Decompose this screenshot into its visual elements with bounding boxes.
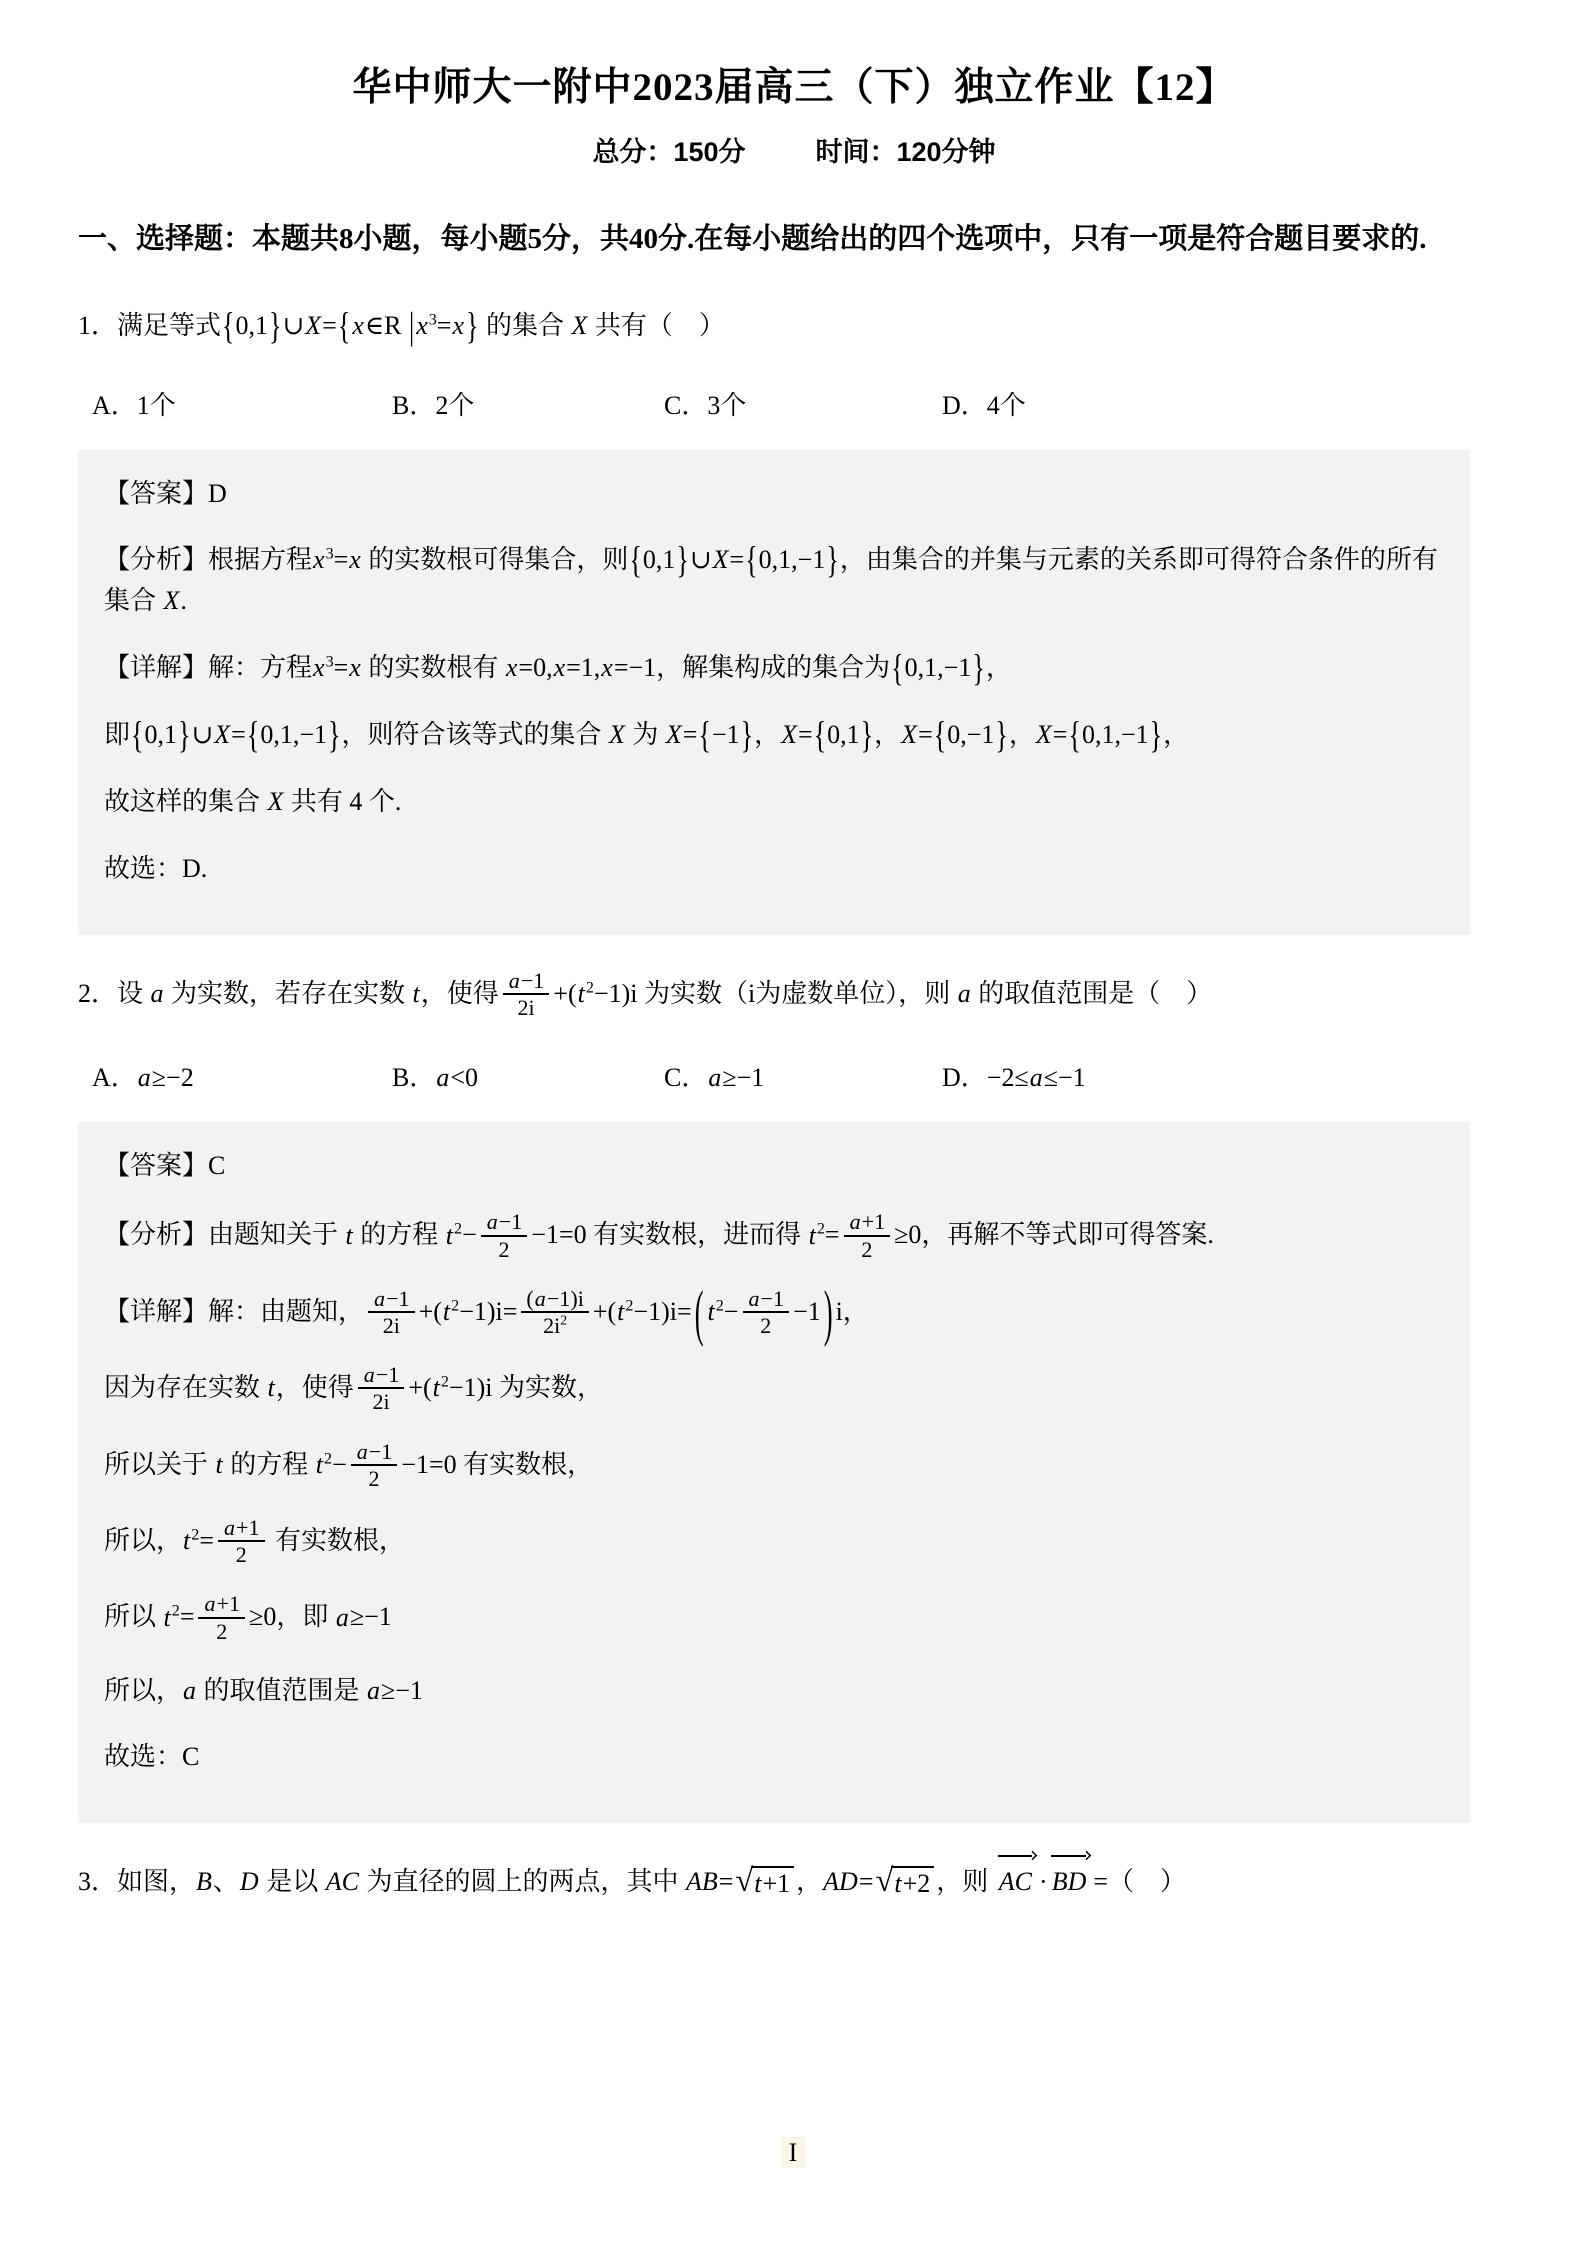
exam-meta: 总分：150分时间：120分钟 <box>78 130 1510 169</box>
question-2-option-c: C．a≥−1 <box>664 1057 942 1094</box>
page-title: 华中师大一附中2023届高三（下）独立作业【12】 <box>78 56 1510 112</box>
solution-line: 【详解】解：方程x3=x 的实数根有 x=0,x=1,x=−1，解集构成的集合为… <box>104 648 1444 689</box>
question-1: 1．满足等式{0,1}∪X={x∈R |x3=x} 的集合 X 共有（ ） A．… <box>78 304 1510 935</box>
conclusion-line: 故选：D. <box>104 849 1444 889</box>
question-1-option-b: B．2个 <box>392 385 664 422</box>
solution-line: 所以，t2=a+12 有实数根， <box>104 1518 1444 1568</box>
conclusion-line: 故选：C <box>104 1737 1444 1777</box>
question-1-stem: 1．满足等式{0,1}∪X={x∈R |x3=x} 的集合 X 共有（ ） <box>78 304 1510 349</box>
question-1-option-a: A．1个 <box>92 385 392 422</box>
analysis-line: 【分析】根据方程x3=x 的实数根可得集合，则{0,1}∪X={0,1,−1}，… <box>104 540 1444 622</box>
page-footer: I <box>0 2138 1586 2168</box>
solution-line: 所以关于 t 的方程 t2−a−12−1=0 有实数根， <box>104 1442 1444 1492</box>
question-2-stem: 2．设 a 为实数，若存在实数 t，使得a−12i+(t2−1)i 为实数（i为… <box>78 971 1510 1021</box>
solution-line: 【详解】解：由题知，a−12i+(t2−1)i=(a−1)i2i2+(t2−1)… <box>104 1289 1444 1339</box>
question-1-answer-block: 【答案】D 【分析】根据方程x3=x 的实数根可得集合，则{0,1}∪X={0,… <box>78 450 1470 935</box>
time-label: 时间：120分钟 <box>816 137 996 167</box>
solution-line: 故这样的集合 X 共有 4 个. <box>104 782 1444 822</box>
question-3-stem: 3．如图，B、D 是以 AC 为直径的圆上的两点，其中 AB=√t+1，AD=√… <box>78 1859 1510 1904</box>
question-2-option-b: B．a<0 <box>392 1057 664 1094</box>
question-1-option-c: C．3个 <box>664 385 942 422</box>
question-2-answer-block: 【答案】C 【分析】由题知关于 t 的方程 t2−a−12−1=0 有实数根，进… <box>78 1122 1470 1823</box>
page-number: I <box>781 2137 806 2168</box>
answer-line: 【答案】D <box>104 474 1444 514</box>
score-label: 总分：150分 <box>592 137 745 167</box>
solution-line: 所以，a 的取值范围是 a≥−1 <box>104 1671 1444 1711</box>
question-3: 3．如图，B、D 是以 AC 为直径的圆上的两点，其中 AB=√t+1，AD=√… <box>78 1859 1510 1904</box>
exam-page: 华中师大一附中2023届高三（下）独立作业【12】 总分：150分时间：120分… <box>0 0 1586 2244</box>
question-2-option-a: A．a≥−2 <box>92 1057 392 1094</box>
question-2-options: A．a≥−2 B．a<0 C．a≥−1 D．−2≤a≤−1 <box>78 1057 1510 1094</box>
question-1-option-d: D．4个 <box>942 385 1510 422</box>
analysis-line: 【分析】由题知关于 t 的方程 t2−a−12−1=0 有实数根，进而得 t2=… <box>104 1212 1444 1262</box>
answer-line: 【答案】C <box>104 1146 1444 1186</box>
question-2: 2．设 a 为实数，若存在实数 t，使得a−12i+(t2−1)i 为实数（i为… <box>78 971 1510 1824</box>
solution-line: 所以 t2=a+12≥0，即 a≥−1 <box>104 1594 1444 1644</box>
question-1-options: A．1个 B．2个 C．3个 D．4个 <box>78 385 1510 422</box>
solution-line: 即{0,1}∪X={0,1,−1}，则符合该等式的集合 X 为 X={−1}，X… <box>104 715 1444 756</box>
solution-line: 因为存在实数 t，使得a−12i+(t2−1)i 为实数， <box>104 1365 1444 1415</box>
question-2-option-d: D．−2≤a≤−1 <box>942 1057 1510 1094</box>
exam-content: 华中师大一附中2023届高三（下）独立作业【12】 总分：150分时间：120分… <box>0 0 1586 1905</box>
section-heading: 一、选择题：本题共8小题，每小题5分，共40分.在每小题给出的四个选项中，只有一… <box>78 211 1510 268</box>
